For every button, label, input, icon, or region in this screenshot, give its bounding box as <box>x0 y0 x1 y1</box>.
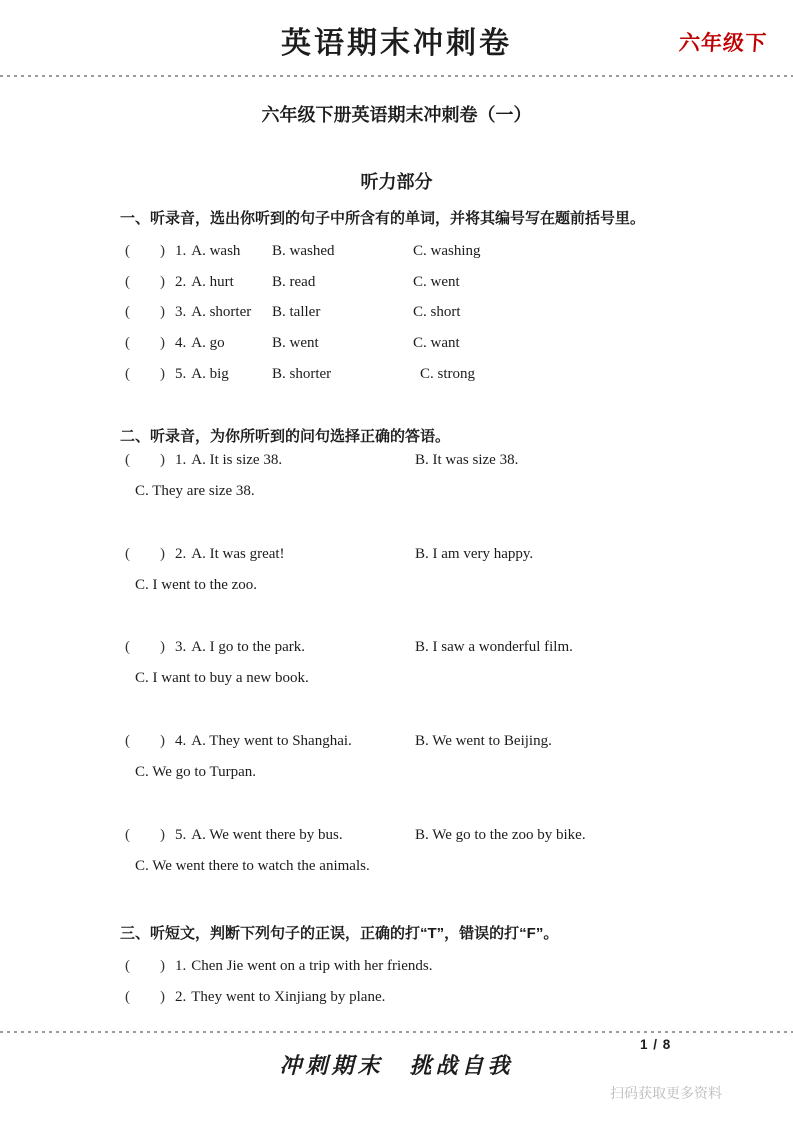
option-a: 1.A. wash <box>175 243 272 260</box>
option-b: B. taller <box>272 304 413 321</box>
option-a: 3.A. I go to the park. <box>175 639 415 656</box>
option-a: 4.A. They went to Shanghai. <box>175 733 415 750</box>
option-b: B. We went to Beijing. <box>415 733 725 750</box>
option-a: 5.A. We went there by bus. <box>175 827 415 844</box>
section-1-questions: () 1.A. wash B. washed C. washing () 2.A… <box>125 236 705 390</box>
part-title-listening: 听力部分 <box>0 168 793 194</box>
option-a: 4.A. go <box>175 335 272 352</box>
option-c: C. went <box>413 274 705 291</box>
option-c: C. washing <box>413 243 705 260</box>
tf-statement: 1.Chen Jie went on a trip with her frien… <box>175 958 725 975</box>
footer-divider <box>0 1031 793 1033</box>
question-row: () 2.A. hurt B. read C. went <box>125 267 705 298</box>
question-block: () 5.A. We went there by bus. B. We go t… <box>125 827 725 875</box>
option-c: C. We go to Turpan. <box>135 764 725 781</box>
answer-bracket: () <box>125 274 165 291</box>
section-3-heading: 三、听短文，判断下列句子的正误，正确的打“T”，错误的打“F”。 <box>120 922 740 943</box>
option-a: 3.A. shorter <box>175 304 272 321</box>
option-c: C. They are size 38. <box>135 483 725 500</box>
answer-bracket: () <box>125 989 165 1006</box>
option-b: B. I am very happy. <box>415 546 725 563</box>
option-a: 1.A. It is size 38. <box>175 452 415 469</box>
exam-title: 英语期末冲刺卷 <box>0 18 793 62</box>
option-c: C. I went to the zoo. <box>135 577 725 594</box>
exam-page: 英语期末冲刺卷 六年级下 六年级下册英语期末冲刺卷（一） 听力部分 一、听录音，… <box>0 0 793 1122</box>
grade-badge: 六年级下 <box>678 27 768 57</box>
answer-bracket: () <box>125 733 165 750</box>
question-row: () 1.A. wash B. washed C. washing <box>125 236 705 267</box>
option-b: B. I saw a wonderful film. <box>415 639 725 656</box>
question-row: () 4.A. go B. went C. want <box>125 328 705 359</box>
footer-slogan: 冲刺期末 挑战自我 <box>0 1049 793 1080</box>
answer-bracket: () <box>125 639 165 656</box>
section-3-questions: () 1.Chen Jie went on a trip with her fr… <box>125 951 725 1013</box>
option-a: 5.A. big <box>175 366 272 383</box>
option-c: C. I want to buy a new book. <box>135 670 725 687</box>
option-b: B. washed <box>272 243 413 260</box>
option-c: C. We went there to watch the animals. <box>135 858 725 875</box>
option-b: B. It was size 38. <box>415 452 725 469</box>
question-block: () 1.A. It is size 38. B. It was size 38… <box>125 452 725 500</box>
option-a: 2.A. It was great! <box>175 546 415 563</box>
answer-bracket: () <box>125 827 165 844</box>
option-c: C. strong <box>420 366 705 383</box>
answer-bracket: () <box>125 366 165 383</box>
question-row: () 5.A. big B. shorter C. strong <box>125 359 705 390</box>
option-c: C. short <box>413 304 705 321</box>
answer-bracket: () <box>125 452 165 469</box>
option-b: B. shorter <box>272 366 413 383</box>
answer-bracket: () <box>125 243 165 260</box>
option-b: B. went <box>272 335 413 352</box>
question-row: () 2.They went to Xinjiang by plane. <box>125 982 725 1013</box>
question-row: () 3.A. shorter B. taller C. short <box>125 298 705 329</box>
question-block: () 4.A. They went to Shanghai. B. We wen… <box>125 733 725 781</box>
doc-title: 六年级下册英语期末冲刺卷（一） <box>0 101 793 127</box>
watermark-text: 扫码获取更多资料 <box>610 1083 722 1103</box>
option-c: C. want <box>413 335 705 352</box>
header-divider <box>0 75 793 77</box>
question-block: () 3.A. I go to the park. B. I saw a won… <box>125 639 725 687</box>
option-a: 2.A. hurt <box>175 274 272 291</box>
option-b: B. read <box>272 274 413 291</box>
answer-bracket: () <box>125 335 165 352</box>
section-1-heading: 一、听录音，选出你听到的句子中所含有的单词，并将其编号写在题前括号里。 <box>120 207 740 228</box>
tf-statement: 2.They went to Xinjiang by plane. <box>175 989 725 1006</box>
question-row: () 1.Chen Jie went on a trip with her fr… <box>125 951 725 982</box>
answer-bracket: () <box>125 546 165 563</box>
option-b: B. We go to the zoo by bike. <box>415 827 725 844</box>
answer-bracket: () <box>125 958 165 975</box>
answer-bracket: () <box>125 304 165 321</box>
section-2-heading: 二、听录音，为你所听到的问句选择正确的答语。 <box>120 425 740 446</box>
question-block: () 2.A. It was great! B. I am very happy… <box>125 546 725 594</box>
